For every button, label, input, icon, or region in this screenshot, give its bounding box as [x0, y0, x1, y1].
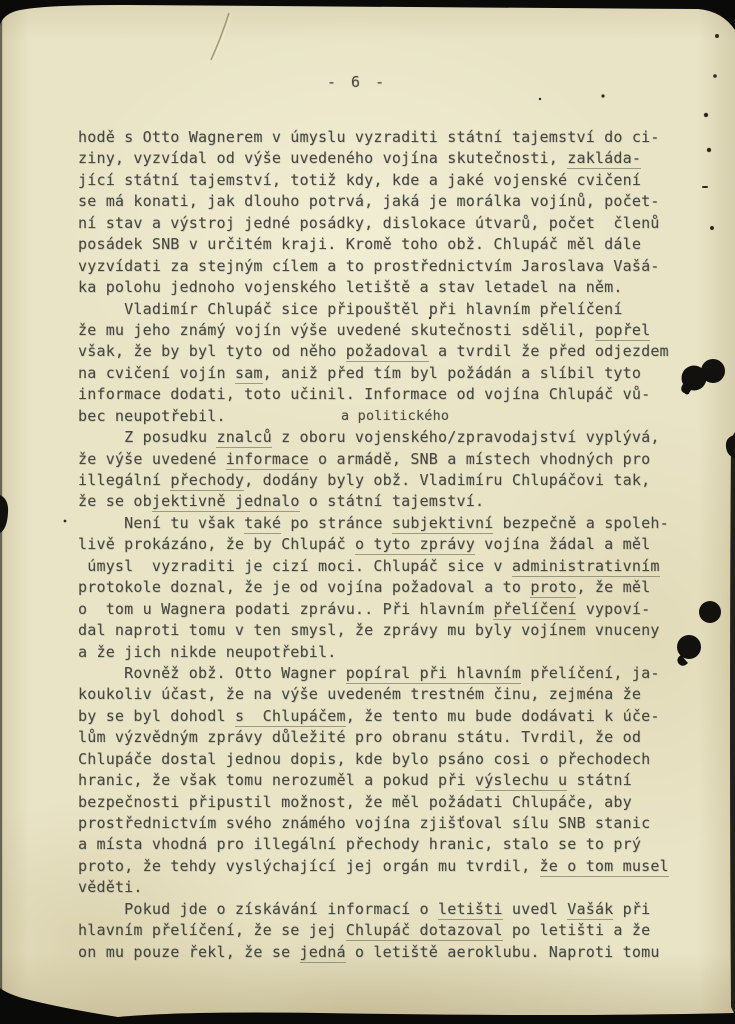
underlined-text: že o tom musel: [540, 857, 669, 877]
text-line: že mu jeho známý vojín výše uvedené skut…: [78, 320, 688, 341]
text-line: livě prokázáno, že by Chlupáč o tyto zpr…: [78, 534, 688, 555]
text-line: ka polohu jednoho vojenského letiště a s…: [78, 277, 688, 298]
text-line: že výše uvedené informace o armádě, SNB …: [78, 449, 688, 470]
text-line: však, že by byl tyto od něho požadoval a…: [78, 341, 688, 362]
text-line: úmysl vyzraditi je cizí moci. Chlupáč si…: [78, 556, 688, 577]
text-line: prostřednictvím svého známého vojína zji…: [78, 813, 688, 834]
text-line: vyzvídati za stejným cílem a to prostřed…: [78, 256, 688, 277]
text-line: o tom u Wagnera podati zprávu.. Při hlav…: [78, 599, 688, 620]
underlined-text: sam: [235, 364, 263, 384]
underlined-text: administrativním: [512, 557, 660, 577]
text-line: Chlupáče dostal jednou dopis, kde bylo p…: [78, 749, 688, 770]
text-line: proto, že tehdy vyslýchající jej orgán m…: [78, 856, 688, 877]
underlined-text: také: [244, 514, 281, 534]
text-line: Vladimír Chlupáč sice připouštěl při hla…: [78, 299, 688, 320]
text-line: hranic, že však tomu nerozuměl a pokud p…: [78, 770, 688, 791]
text-line: by se byl dohodl s Chlupáčem, že tento m…: [78, 706, 688, 727]
document-page: - 6 - a politického hodě s Otto Wagnerem…: [0, 0, 735, 1024]
underlined-text: znalců: [216, 428, 271, 448]
text-line: on mu pouze řekl, že se jedná o letiště …: [78, 942, 688, 963]
text-line: hodě s Otto Wagnerem v úmyslu vyzraditi …: [78, 127, 688, 148]
text-line: protokole doznal, že je od vojína požado…: [78, 577, 688, 598]
text-line: na cvičení vojín sam, aniž před tím byl …: [78, 363, 688, 384]
underlined-text: jedná: [300, 943, 346, 963]
text-line: bezpečnosti připustil možnost, že měl po…: [78, 792, 688, 813]
text-line: Není tu však také po stránce subjektivní…: [78, 513, 688, 534]
text-line: ziny, vyzvídal od výše uvedeného vojína …: [78, 148, 688, 169]
text-line: informace dodati, toto učinil. Informace…: [78, 384, 688, 405]
text-line: věděti.: [78, 877, 688, 898]
underlined-text: s Chlupáčem: [235, 707, 346, 727]
underlined-text: požadoval: [346, 342, 429, 362]
text-line: a místa vhodná pro illegální přechody hr…: [78, 834, 688, 855]
underlined-text: přelíčení: [493, 600, 576, 620]
underlined-text: proto: [530, 578, 576, 598]
text-line: se má konati, jak dlouho potrvá, jaká je…: [78, 191, 688, 212]
underlined-text: Chlupáč dotazoval: [346, 921, 503, 941]
text-line: dal naproti tomu v ten smysl, že zprávy …: [78, 620, 688, 641]
underlined-text: popíral při hlavním: [346, 664, 521, 684]
text-line: lům výzvědným zprávy důležité pro obranu…: [78, 727, 688, 748]
underlined-text: subjektivní: [392, 514, 494, 534]
scanned-document: { "page_number": "- 6 -", "insertion": {…: [0, 0, 735, 1024]
text-line: hlavním přelíčení, že se jej Chlupáč dot…: [78, 920, 688, 941]
document-text: hodě s Otto Wagnerem v úmyslu vyzraditi …: [78, 127, 688, 963]
text-line: Pokud jde o získávání informací o letišt…: [78, 899, 688, 920]
underlined-text: informace: [226, 450, 309, 470]
underlined-text: popřel: [595, 321, 650, 341]
underlined-text: jektivně jednalo: [152, 492, 300, 512]
text-line: koukoliv účast, že na výše uvedeném tres…: [78, 684, 688, 705]
text-line: ní stav a výstroj jedné posádky, disloka…: [78, 213, 688, 234]
underlined-text: výslechu u: [475, 771, 567, 791]
text-line: a že jich nikde neupotřebil.: [78, 642, 688, 663]
text-line: illegální přechody, dodány byly obž. Vla…: [78, 470, 688, 491]
page-number: - 6 -: [327, 73, 387, 91]
underlined-text: přechody: [170, 471, 244, 491]
text-line: že se objektivně jednalo o státní tajems…: [78, 491, 688, 512]
underlined-text: o tyto zprávy: [355, 535, 475, 555]
underlined-text: letišti: [438, 900, 503, 920]
text-line: Z posudku znalců z oboru vojenského/zpra…: [78, 427, 688, 448]
text-line: Rovněž obž. Otto Wagner popíral při hlav…: [78, 663, 688, 684]
text-line: jící státní tajemství, totiž kdy, kde a …: [78, 170, 688, 191]
text-line: bec neupotřebil.: [78, 406, 688, 427]
underlined-text: Vašák: [567, 900, 613, 920]
text-line: posádek SNB v určitém kraji. Kromě toho …: [78, 234, 688, 255]
underlined-text: zakláda-: [567, 149, 641, 169]
